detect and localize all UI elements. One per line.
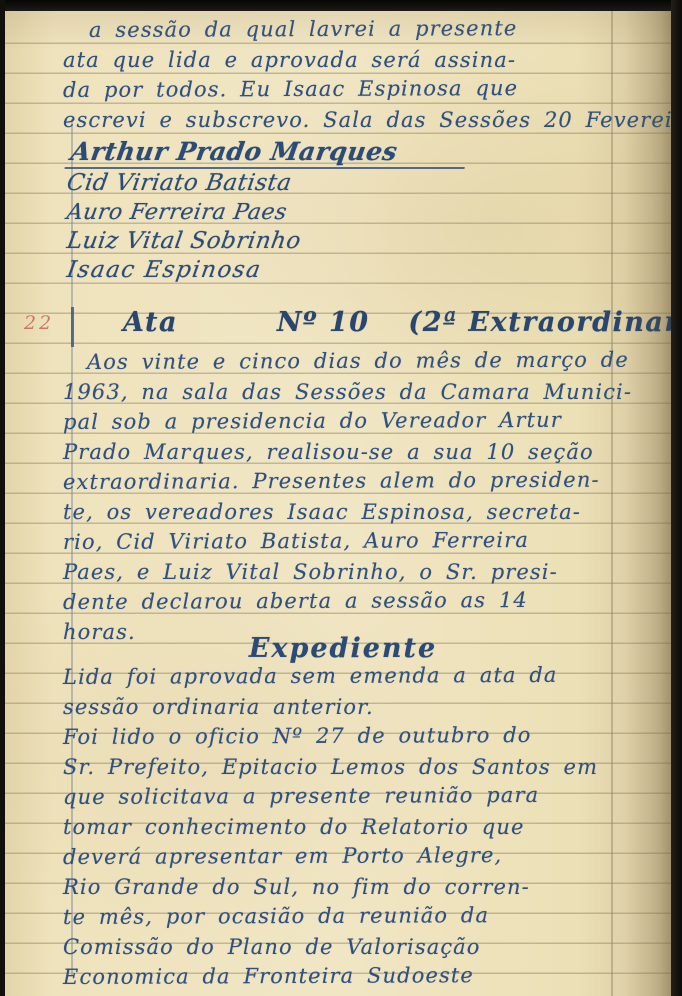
handwritten-line: rio, Cid Viriato Batista, Auro Ferreira [63, 525, 632, 557]
scan-edge-right [671, 0, 682, 996]
handwritten-line: te mês, por ocasião da reunião da [63, 900, 598, 932]
signature: Luiz Vital Sobrinho [65, 227, 470, 256]
handwritten-line: deverá apresentar em Porto Alegre, [63, 840, 598, 872]
notebook-page: 22 a sessão da qual lavrei a presente at… [5, 11, 671, 996]
handwritten-line: da por todos. Eu Isaac Espinosa que [63, 72, 671, 105]
closing-paragraph: a sessão da qual lavrei a presente ata q… [63, 15, 671, 135]
handwritten-line: Foi lido o oficio Nº 27 de outubro do [63, 720, 598, 752]
handwritten-line: te, os vereadores Isaac Espinosa, secret… [63, 497, 632, 527]
signature-block: Arthur Prado Marques Cid Viriato Batista… [67, 137, 467, 285]
page-number-stamp: 22 [24, 312, 54, 334]
margin-pen-tick [71, 307, 74, 347]
handwritten-line: pal sob a presidencia do Vereador Artur [63, 405, 632, 437]
signature: Isaac Espinosa [65, 256, 470, 285]
handwritten-line: sessão ordinaria anterior. [63, 692, 598, 722]
handwritten-line: 1963, na sala das Sessões da Camara Muni… [63, 377, 632, 407]
handwritten-line: escrevi e subscrevo. Sala das Sessões 20… [63, 105, 671, 135]
handwritten-line: ata que lida e aprovada será assina- [63, 45, 671, 75]
handwritten-line: Sr. Prefeito, Epitacio Lemos dos Santos … [63, 752, 598, 782]
handwritten-line: Comissão do Plano de Valorisação [63, 932, 598, 962]
handwritten-line: a sessão da qual lavrei a presente [89, 12, 671, 45]
body-paragraph-1: Aos vinte e cinco dias do mês de março d… [63, 347, 632, 647]
handwritten-line: extraordinaria. Presentes alem do presid… [63, 465, 632, 497]
handwritten-line: Lida foi aprovada sem emenda a ata da [63, 660, 598, 692]
handwritten-line: tomar conhecimento do Relatorio que [63, 812, 598, 842]
handwritten-line: Prado Marques, realisou-se a sua 10 seçã… [63, 437, 632, 467]
ata-title: Ata Nº 10 (2ª Extraordinaria) [95, 303, 671, 343]
handwritten-line: Economica da Fronteira Sudoeste [63, 960, 598, 992]
handwritten-line: Aos vinte e cinco dias do mês de março d… [87, 345, 632, 377]
scan-edge-top [0, 0, 682, 11]
signature: Auro Ferreira Paes [65, 198, 470, 227]
ata-title-type: (2ª Extraordinaria) [408, 307, 671, 338]
ata-title-label: Ata [123, 307, 178, 338]
body-paragraph-2: Lida foi aprovada sem emenda a ata da se… [63, 662, 598, 992]
handwritten-line: Paes, e Luiz Vital Sobrinho, o Sr. presi… [63, 557, 632, 587]
handwritten-line: dente declarou aberta a sessão as 14 [63, 585, 632, 617]
signature: Arthur Prado Marques [64, 137, 469, 169]
handwritten-line: Rio Grande do Sul, no fim do corren- [63, 872, 598, 902]
signature: Cid Viriato Batista [65, 169, 470, 198]
ata-title-number: Nº 10 [277, 307, 370, 338]
handwritten-line: que solicitava a presente reunião para [63, 780, 598, 812]
